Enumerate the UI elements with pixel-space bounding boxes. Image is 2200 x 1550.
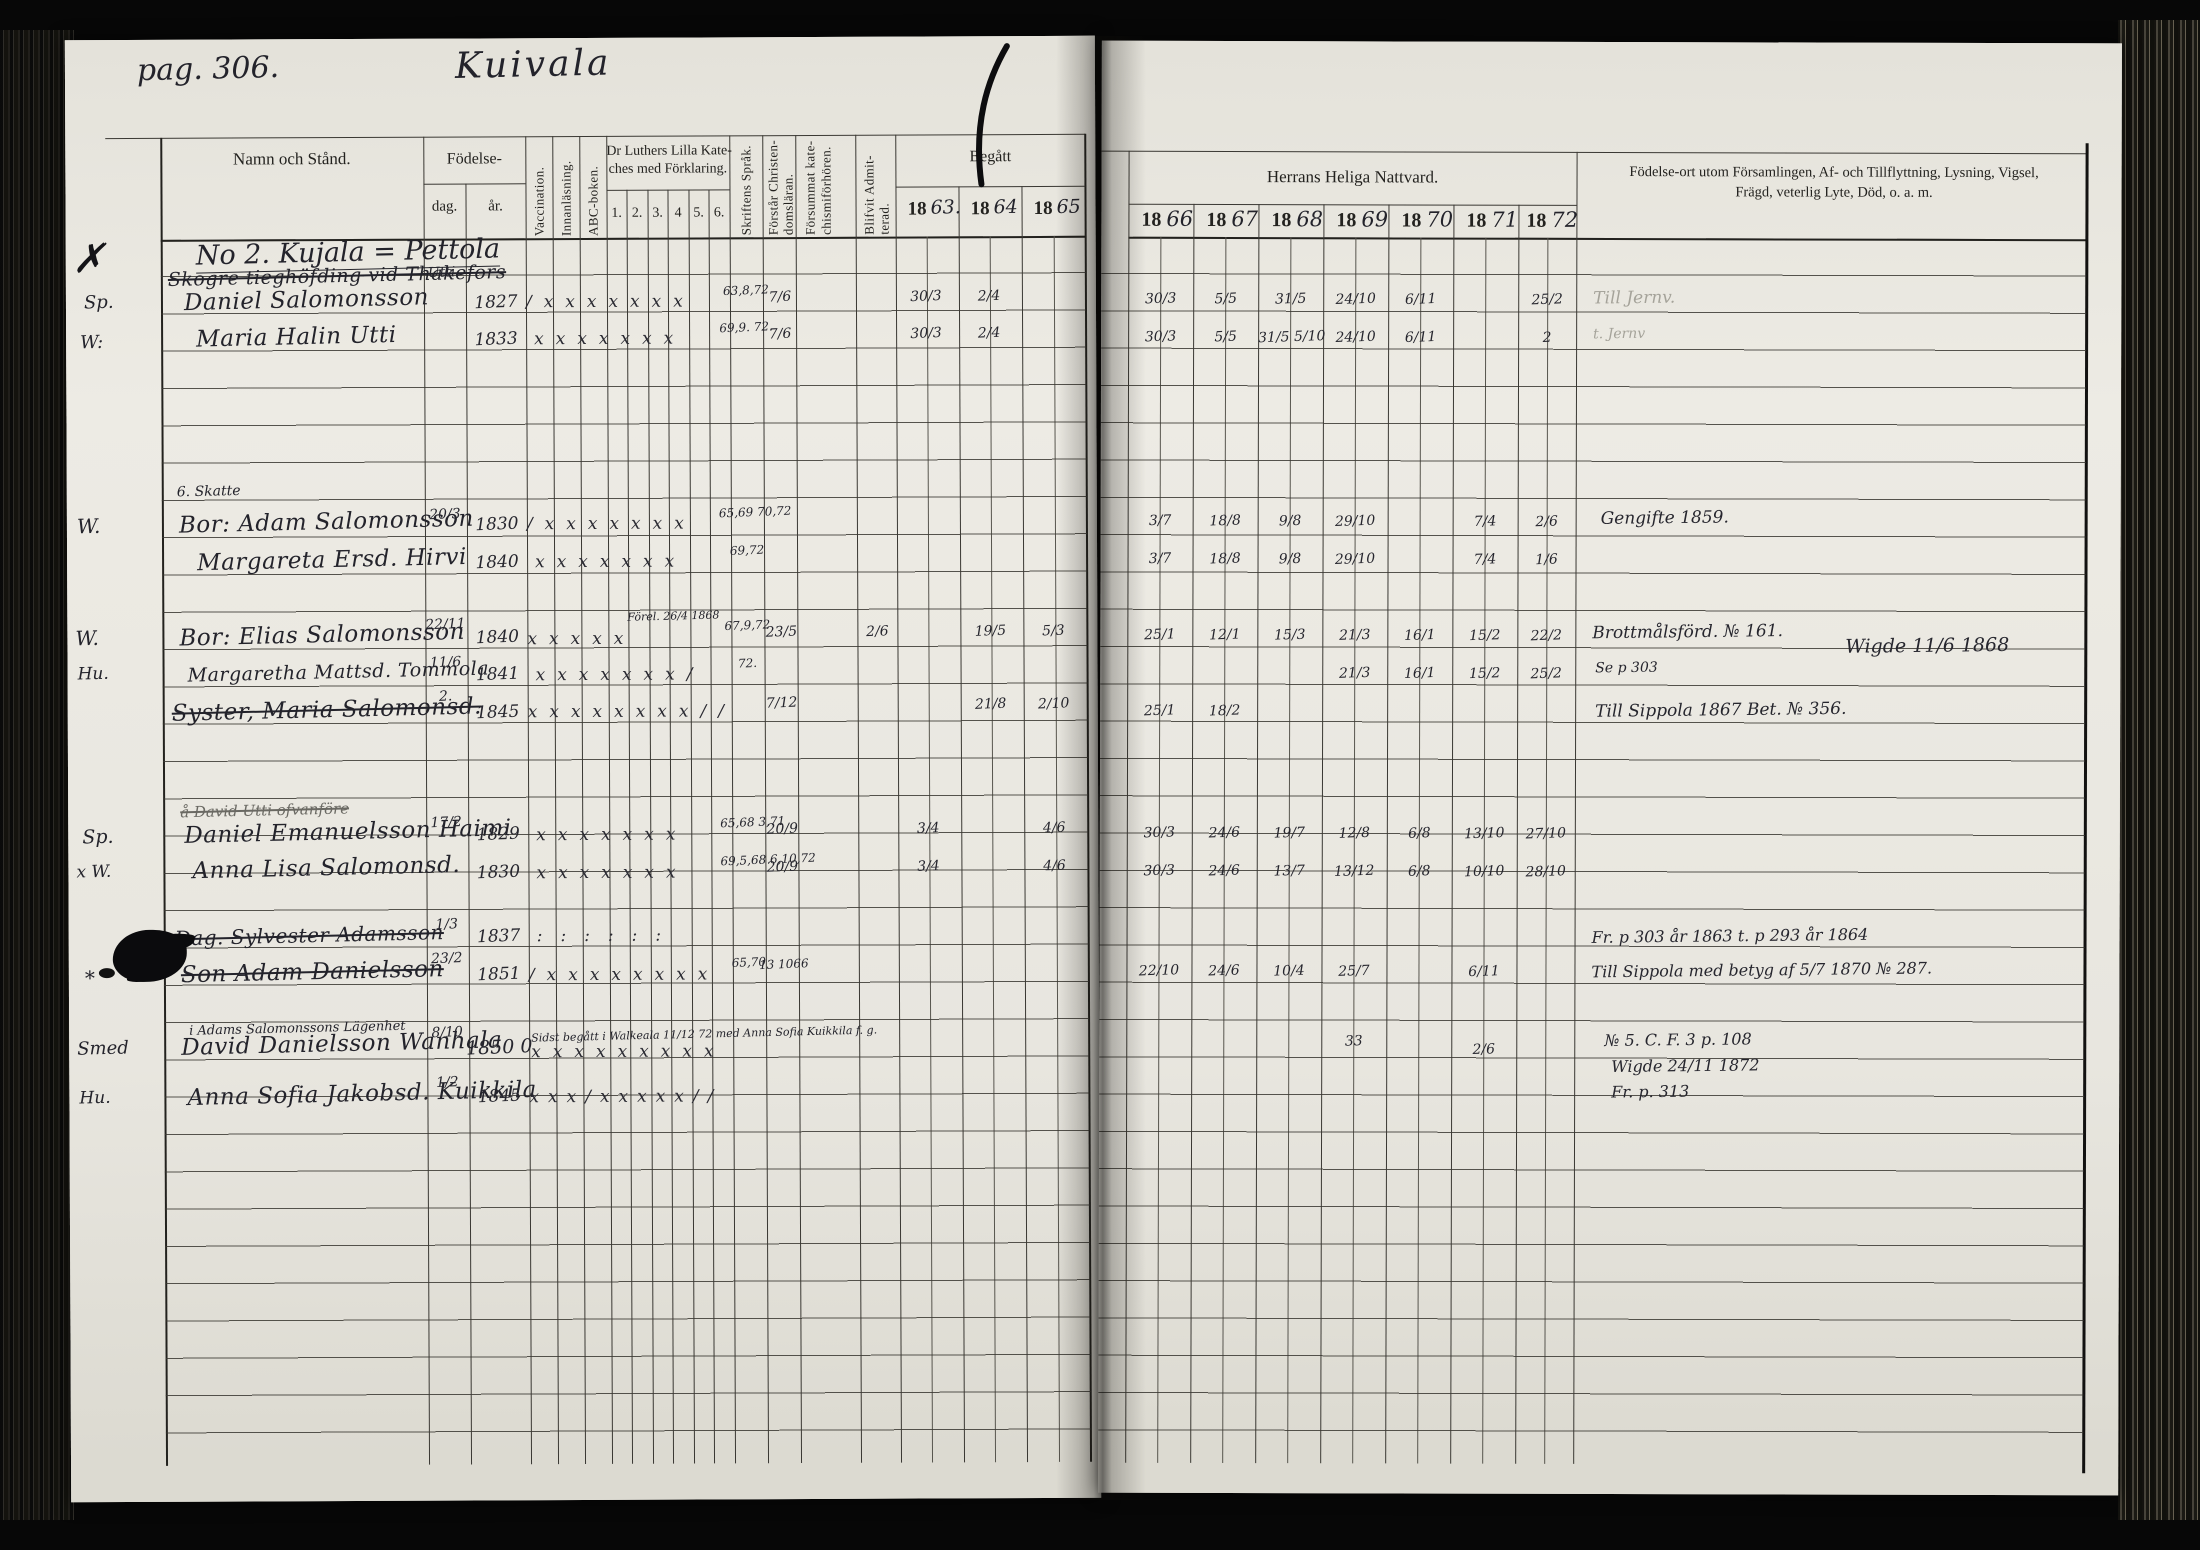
page-right: Herrans Heliga Nattvard. 18 66 18 67 18 … (1098, 41, 2122, 1496)
cell-1872: 27/10 (1517, 825, 1575, 843)
cell-1864: 2/4 (957, 324, 1022, 343)
remark-marriage: Wigde 24/11 1872 (1611, 1055, 1759, 1076)
year-1868-written: 68 (1296, 207, 1323, 231)
entry-birth-year: 1850 0 (463, 1035, 536, 1060)
cell-1868: 9/8 (1257, 550, 1322, 568)
cell-1868: 19/7 (1257, 824, 1322, 842)
year-1871-printed: 18 (1466, 210, 1486, 233)
margin-note: * (85, 966, 96, 990)
cell-1869: 13/12 (1321, 862, 1386, 880)
cell-1870: 16/1 (1387, 626, 1452, 644)
cell-1867: 5/5 (1193, 328, 1258, 346)
col-header-year: år. (466, 198, 526, 215)
entry-birth-year: 1837 (466, 925, 531, 947)
entry-birth-year: 1841 (465, 663, 530, 685)
entry-marks: xxx/xxxxx// (529, 1086, 722, 1107)
entry-marks: xxxxx (527, 629, 635, 649)
margin-note: W: (80, 332, 104, 354)
cell-1868: 9/8 (1257, 512, 1322, 530)
remark: Brottmålsförd. № 161. (1592, 621, 1783, 643)
entry-birth-day: 17/2 (420, 814, 473, 832)
year-1864-written: 64 (993, 196, 1018, 219)
entry-marks: xxxxxxx/ (536, 664, 705, 685)
year-1870-written: 70 (1426, 207, 1453, 231)
entry-birth-year: 1851 (467, 963, 532, 985)
remark-marriage: Wigde 11/6 1868 (1845, 634, 2009, 658)
cell-1869: 29/10 (1322, 512, 1387, 530)
cell-1863: 30/3 (894, 287, 959, 306)
remark-reference: Fr. p. 313 (1611, 1082, 1689, 1102)
year-1872-printed: 18 (1526, 210, 1546, 233)
margin-note: Smed (77, 1037, 129, 1059)
scan-background: pag. 306. Kuivala Namn och Stånd. Födels… (0, 0, 2200, 1550)
col-header-scripture-language: Skriftens Språk. (738, 139, 754, 235)
col-header-understands-2: domsläran. (780, 139, 796, 235)
col-header-admitted-2: terad. (876, 139, 892, 235)
col-header-day: dag. (424, 199, 466, 216)
year-1869-written: 69 (1361, 207, 1388, 231)
gutter-shadow (1056, 36, 1146, 1500)
cell-1869: 29/10 (1322, 550, 1387, 568)
entry-birth-day: 1/3 (420, 916, 473, 934)
cell-1868: 15/3 (1257, 626, 1322, 644)
cell-1863: 3/4 (896, 857, 961, 876)
book-right-edge (2118, 20, 2200, 1520)
entry-birth-year: 1840 (465, 551, 530, 573)
cell-1868: 10/4 (1256, 962, 1321, 980)
cell-1867: 18/2 (1192, 702, 1257, 720)
col-header-missed-1: Försummat kate- (802, 139, 818, 235)
catechism-sub-6: 6. (709, 205, 730, 221)
entry-marks: xxxxxxx (536, 863, 687, 884)
year-1871-written: 71 (1491, 208, 1518, 232)
col-header-reading: Innanläsning. (558, 140, 574, 236)
year-1865-printed: 18 (1034, 198, 1053, 220)
cell-1867: 24/6 (1191, 962, 1256, 980)
cell-1869: 33 (1321, 1032, 1386, 1050)
cell-1868: 13/7 (1256, 862, 1321, 880)
cell-1869: 24/10 (1323, 290, 1388, 308)
entry-marks: xxxxxxx (534, 329, 685, 350)
year-1867-written: 67 (1231, 207, 1258, 231)
cell-1869: 25/7 (1321, 962, 1386, 980)
col-header-catechism-2: ches med Förklaring. (606, 161, 729, 178)
cell-understands: 20/9 (762, 820, 803, 838)
cell-1871: 7/4 (1452, 513, 1517, 531)
cell-1871: 10/10 (1451, 863, 1516, 881)
entry-name: Maria Halin Utti (196, 322, 397, 353)
entry-marks: /xxxxxxxx (529, 964, 720, 985)
cell-1868: 31/5 5/10 (1258, 328, 1323, 346)
cell-1869: 12/8 (1322, 824, 1387, 842)
margin-note: Sp. (84, 292, 114, 314)
cell-1872: 22/2 (1517, 627, 1575, 645)
margin-cross-mark: ✗ (71, 236, 106, 283)
cell-1867: 24/6 (1191, 862, 1256, 880)
cell-1863: 30/3 (894, 324, 959, 343)
remark: Till Jernv. (1593, 288, 1675, 309)
cell-1872: 1/6 (1517, 551, 1575, 569)
pen-flourish (965, 42, 1016, 192)
col-header-name: Namn och Stånd. (160, 149, 423, 170)
ruled-lines-left (161, 236, 1091, 1466)
year-1863-printed: 18 (908, 198, 927, 220)
year-1864-printed: 18 (971, 198, 990, 220)
cell-scripture: 72. (719, 655, 776, 671)
cell-1864: 2/4 (957, 287, 1022, 306)
cell-1872: 2/6 (1517, 513, 1575, 531)
entry-marks: :::::: (537, 926, 679, 947)
cell-1872: 28/10 (1516, 863, 1574, 881)
entry-birth-year: 1845 (465, 701, 530, 723)
catechism-sub-2: 2. (627, 206, 648, 222)
cell-1872: 2 (1518, 329, 1576, 347)
margin-note: Sp. (82, 826, 114, 849)
margin-note: x W. (76, 862, 111, 883)
entry-birth-day: 20/3 (419, 506, 472, 524)
col-header-abc-book: ABC-boken. (585, 140, 601, 236)
margin-note: Hu. (79, 1088, 111, 1109)
cell-understands: 7/12 (761, 694, 802, 712)
entry-birth-day: 23/2 (421, 950, 474, 968)
entry-birth-day: 11/6 (419, 654, 472, 672)
entry-birth-day: 22/11 (419, 616, 472, 634)
remark: Till Sippola med betyg af 5/7 1870 № 287… (1591, 958, 1932, 981)
cell-understands: 7/6 (760, 325, 801, 343)
entry-note: Förel. 26/4 1868 (627, 609, 719, 624)
cell-1867: 18/8 (1192, 512, 1257, 530)
cell-understands: 7/6 (760, 288, 801, 306)
col-header-birth: Födelse- (423, 150, 525, 168)
remark: № 5. C. F. 3 p. 108 (1604, 1029, 1752, 1050)
cell-1870: 6/8 (1387, 824, 1452, 842)
page-number-label: pag. 306. (137, 50, 280, 88)
cell-1864: 21/8 (958, 695, 1023, 714)
cell-1870: 6/11 (1388, 328, 1453, 346)
entry-day: Utti. (418, 264, 471, 282)
entry-marks: xxxxxxx (536, 825, 687, 846)
col-header-remarks-1: Födelse-ort utom Församlingen, Af- och T… (1582, 164, 2087, 182)
entry-birth-year: 1833 (464, 328, 529, 350)
col-header-admitted-1: Blifvit Admit- (861, 139, 877, 235)
entry-marks: /xxxxxxx (526, 292, 695, 313)
entry-birth-year: 1840 (465, 626, 530, 648)
col-header-missed-2: chismiförhören. (818, 139, 834, 235)
entry-birth-year: 1830 (465, 513, 530, 535)
cell-1870: 6/8 (1386, 862, 1451, 880)
col-header-communion: Herrans Heliga Nattvard. (1129, 167, 1577, 188)
ruled-lines-right (1098, 237, 2086, 1466)
year-1863-written: 63. (930, 196, 961, 219)
year-1867-printed: 18 (1206, 209, 1226, 232)
col-header-remarks-2: Frägd, veterlig Lyte, Död, o. a. m. (1581, 184, 2086, 202)
cell-1864: 19/5 (958, 622, 1023, 641)
remark: t. Jernv (1593, 326, 1645, 343)
book-left-edge (0, 30, 74, 1520)
margin-note: W. (77, 514, 101, 539)
entry-marks: xxxxxxxx// (528, 701, 736, 722)
cell-1867: 12/1 (1192, 626, 1257, 644)
entry-marks: xxxxxxx (535, 552, 686, 573)
cell-1869: 21/3 (1322, 626, 1387, 644)
cell-1863: 3/4 (896, 819, 961, 838)
year-1872-written: 72 (1551, 208, 1578, 232)
cell-1867: 5/5 (1193, 290, 1258, 308)
year-1869-printed: 18 (1336, 209, 1356, 232)
entry-birth-day: 1/2 (421, 1074, 474, 1092)
entry-birth-year: 1845 (467, 1085, 532, 1107)
entry-marks: /xxxxxxx (527, 514, 696, 535)
catechism-sub-5: 5. (689, 205, 709, 221)
village-title: Kuivala (454, 42, 612, 87)
cell-1867: 18/8 (1192, 550, 1257, 568)
catechism-sub-4: 4 (668, 206, 689, 222)
col-header-vaccination: Vaccination. (531, 140, 547, 236)
remark: Se p 303 (1595, 660, 1658, 677)
cell-1869: 24/10 (1323, 328, 1388, 346)
cell-1872: 25/2 (1517, 665, 1575, 683)
col-header-catechism-1: Dr Luthers Lilla Kate- (606, 143, 729, 160)
cell-scripture: 65,69 70,72 (719, 504, 776, 520)
year-1870-printed: 18 (1401, 209, 1421, 232)
cell-understands: 13 1066 (759, 956, 810, 972)
entry-birth-year: 1829 (466, 823, 531, 845)
cell-1871: 6/11 (1451, 963, 1516, 981)
year-1868-printed: 18 (1271, 209, 1291, 232)
page-left: pag. 306. Kuivala Namn och Stånd. Födels… (65, 36, 1101, 1502)
cell-1870: 16/1 (1387, 664, 1452, 682)
cell-scripture: 69,72 (719, 542, 776, 558)
cell-1870: 6/11 (1388, 290, 1453, 308)
year-1866-written: 66 (1166, 207, 1193, 231)
col-header-understands-1: Förstår Christen- (765, 139, 781, 235)
cell-1868: 31/5 (1258, 290, 1323, 308)
cell-understands: 20/9 (762, 858, 803, 876)
cell-1871: 2/6 (1451, 1041, 1516, 1059)
cell-1872: 25/2 (1518, 291, 1576, 309)
catechism-sub-3: 3. (648, 206, 668, 222)
entry-marks: xxxxxxxxx (531, 1041, 725, 1062)
cell-1871: 15/2 (1452, 665, 1517, 683)
remark: Till Sippola 1867 Bet. № 356. (1595, 699, 1847, 722)
remark: Gengifte 1859. (1601, 507, 1729, 528)
cell-understands: 23/5 (761, 623, 802, 641)
cell-1871: 15/2 (1452, 627, 1517, 645)
entry-birth-year: 1827 (464, 291, 529, 313)
catechism-sub-1: 1. (607, 206, 627, 222)
cell-admitted: 2/6 (855, 623, 900, 641)
remark: Fr. p 303 år 1863 t. p 293 år 1864 (1591, 925, 1868, 947)
cell-1871: 7/4 (1452, 551, 1517, 569)
entry-birth-year: 1830 (466, 861, 531, 883)
entry-subheading: 6. Skatte (177, 483, 241, 500)
entry-birth-day: 2. (419, 688, 472, 706)
ink-blot-satellite (99, 968, 115, 978)
margin-note: W. (75, 626, 99, 651)
cell-1871: 13/10 (1452, 825, 1517, 843)
margin-note: Hu. (77, 664, 109, 685)
cell-1867: 24/6 (1192, 824, 1257, 842)
cell-1869: 21/3 (1322, 664, 1387, 682)
